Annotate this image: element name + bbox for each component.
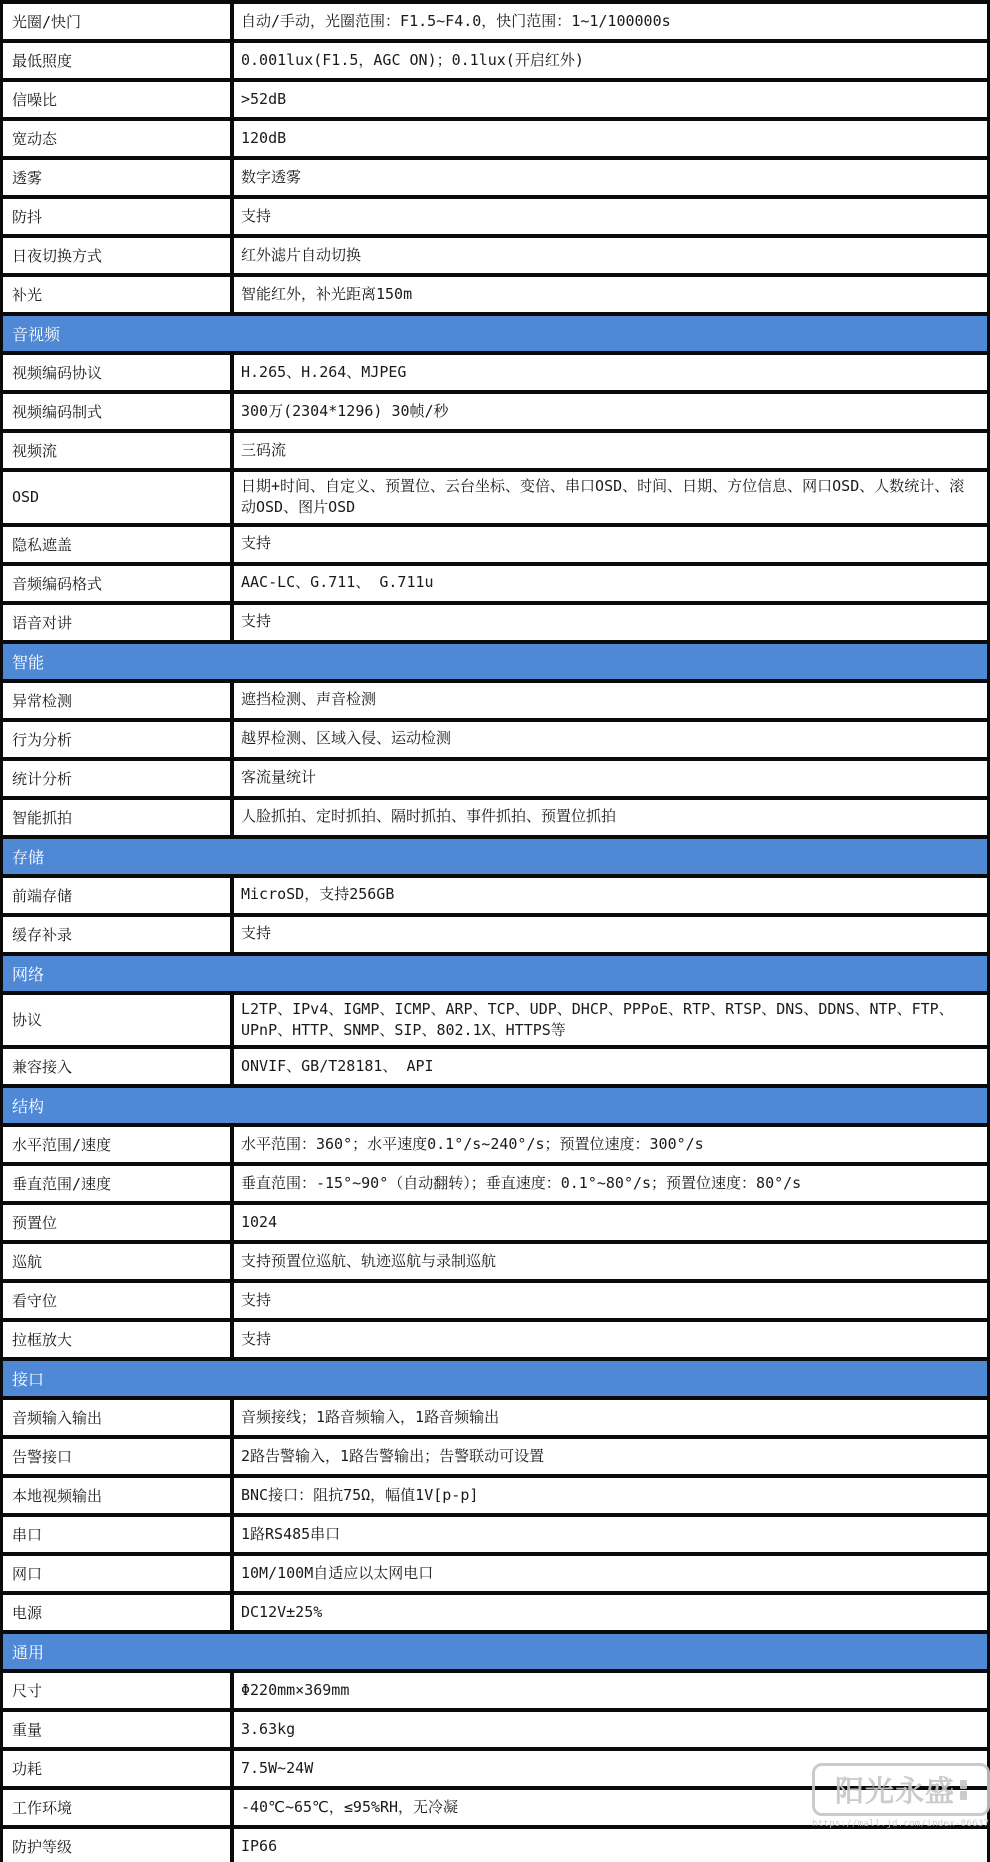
spec-value: 0.001lux(F1.5，AGC ON)；0.1lux(开启红外) — [234, 43, 987, 78]
spec-value: >52dB — [234, 82, 987, 117]
section-header-row: 结构 — [3, 1084, 987, 1123]
spec-row: 网口10M/100M自适应以太网电口 — [3, 1552, 987, 1591]
spec-label: 音频输入输出 — [3, 1400, 234, 1435]
spec-label: 行为分析 — [3, 722, 234, 757]
spec-value: 越界检测、区域入侵、运动检测 — [234, 722, 987, 757]
spec-row: 行为分析越界检测、区域入侵、运动检测 — [3, 718, 987, 757]
spec-value: AAC-LC、G.711、 G.711u — [234, 566, 987, 601]
spec-label: 网口 — [3, 1556, 234, 1591]
spec-value: 120dB — [234, 121, 987, 156]
spec-row: 协议L2TP、IPv4、IGMP、ICMP、ARP、TCP、UDP、DHCP、P… — [3, 991, 987, 1046]
spec-row: 本地视频输出BNC接口：阻抗75Ω，幅值1V[p-p] — [3, 1474, 987, 1513]
spec-row: 统计分析客流量统计 — [3, 757, 987, 796]
section-title: 智能 — [12, 650, 44, 673]
spec-value: 1024 — [234, 1205, 987, 1240]
section-header-row: 接口 — [3, 1357, 987, 1396]
spec-label: 语音对讲 — [3, 605, 234, 640]
spec-row: 尺寸Φ220mm×369mm — [3, 1669, 987, 1708]
section-title: 网络 — [12, 962, 44, 985]
spec-value: Φ220mm×369mm — [234, 1673, 987, 1708]
spec-row: 防护等级IP66 — [3, 1825, 987, 1862]
spec-row: 预置位1024 — [3, 1201, 987, 1240]
spec-row: OSD日期+时间、自定义、预置位、云台坐标、变倍、串口OSD、时间、日期、方位信… — [3, 468, 987, 523]
spec-value: BNC接口：阻抗75Ω，幅值1V[p-p] — [234, 1478, 987, 1513]
spec-value: 红外滤片自动切换 — [234, 238, 987, 273]
spec-label: 信噪比 — [3, 82, 234, 117]
spec-row: 视频编码协议H.265、H.264、MJPEG — [3, 351, 987, 390]
spec-row: 异常检测遮挡检测、声音检测 — [3, 679, 987, 718]
watermark-stamp: 阳光永盛 https://mall.jd.com/index-866373.ht… — [812, 1763, 990, 1829]
spec-value: 支持 — [234, 1283, 987, 1318]
spec-label: 尺寸 — [3, 1673, 234, 1708]
spec-value: 日期+时间、自定义、预置位、云台坐标、变倍、串口OSD、时间、日期、方位信息、网… — [234, 472, 987, 523]
spec-row: 视频流三码流 — [3, 429, 987, 468]
spec-label: 防抖 — [3, 199, 234, 234]
spec-label: 视频编码制式 — [3, 394, 234, 429]
spec-value: 10M/100M自适应以太网电口 — [234, 1556, 987, 1591]
spec-value: 垂直范围：-15°~90°（自动翻转）；垂直速度：0.1°~80°/s；预置位速… — [234, 1166, 987, 1201]
spec-label: 重量 — [3, 1712, 234, 1747]
spec-value: IP66 — [234, 1829, 987, 1862]
spec-value: 自动/手动，光圈范围：F1.5~F4.0，快门范围：1~1/100000s — [234, 4, 987, 39]
section-title: 结构 — [12, 1094, 44, 1117]
spec-row: 视频编码制式300万(2304*1296) 30帧/秒 — [3, 390, 987, 429]
spec-label: 功耗 — [3, 1751, 234, 1786]
spec-value: 支持 — [234, 605, 987, 640]
watermark-box: 阳光永盛 — [812, 1763, 990, 1816]
spec-label: 工作环境 — [3, 1790, 234, 1825]
spec-label: 防护等级 — [3, 1829, 234, 1862]
spec-row: 告警接口2路告警输入，1路告警输出；告警联动可设置 — [3, 1435, 987, 1474]
spec-row: 补光智能红外，补光距离150m — [3, 273, 987, 312]
section-title: 通用 — [12, 1640, 44, 1663]
spec-label: 协议 — [3, 995, 234, 1046]
spec-label: 补光 — [3, 277, 234, 312]
watermark-seal-mark — [960, 1780, 967, 1800]
spec-value: 水平范围：360°；水平速度0.1°/s~240°/s；预置位速度：300°/s — [234, 1127, 987, 1162]
spec-row: 防抖支持 — [3, 195, 987, 234]
spec-label: 透雾 — [3, 160, 234, 195]
spec-value: 3.63kg — [234, 1712, 987, 1747]
spec-row: 拉框放大支持 — [3, 1318, 987, 1357]
section-header-row: 通用 — [3, 1630, 987, 1669]
spec-value: 1路RS485串口 — [234, 1517, 987, 1552]
spec-label: 本地视频输出 — [3, 1478, 234, 1513]
section-title: 音视频 — [12, 322, 60, 345]
spec-value: 支持 — [234, 917, 987, 952]
spec-row: 垂直范围/速度垂直范围：-15°~90°（自动翻转）；垂直速度：0.1°~80°… — [3, 1162, 987, 1201]
spec-value: DC12V±25% — [234, 1595, 987, 1630]
spec-value: L2TP、IPv4、IGMP、ICMP、ARP、TCP、UDP、DHCP、PPP… — [234, 995, 987, 1046]
spec-row: 巡航支持预置位巡航、轨迹巡航与录制巡航 — [3, 1240, 987, 1279]
spec-row: 光圈/快门自动/手动，光圈范围：F1.5~F4.0，快门范围：1~1/10000… — [3, 0, 987, 39]
spec-value: 支持预置位巡航、轨迹巡航与录制巡航 — [234, 1244, 987, 1279]
spec-label: 看守位 — [3, 1283, 234, 1318]
spec-value: 智能红外，补光距离150m — [234, 277, 987, 312]
spec-value: MicroSD，支持256GB — [234, 878, 987, 913]
spec-label: 预置位 — [3, 1205, 234, 1240]
spec-row: 信噪比>52dB — [3, 78, 987, 117]
spec-label: OSD — [3, 472, 234, 523]
spec-label: 前端存储 — [3, 878, 234, 913]
spec-label: 光圈/快门 — [3, 4, 234, 39]
spec-value: 数字透雾 — [234, 160, 987, 195]
spec-label: 智能抓拍 — [3, 800, 234, 835]
spec-label: 统计分析 — [3, 761, 234, 796]
spec-label: 兼容接入 — [3, 1049, 234, 1084]
spec-row: 缓存补录支持 — [3, 913, 987, 952]
spec-row: 最低照度0.001lux(F1.5，AGC ON)；0.1lux(开启红外) — [3, 39, 987, 78]
spec-label: 音频编码格式 — [3, 566, 234, 601]
spec-value: 支持 — [234, 199, 987, 234]
spec-row: 水平范围/速度水平范围：360°；水平速度0.1°/s~240°/s；预置位速度… — [3, 1123, 987, 1162]
spec-value: 客流量统计 — [234, 761, 987, 796]
spec-label: 隐私遮盖 — [3, 527, 234, 562]
spec-row: 宽动态120dB — [3, 117, 987, 156]
section-title: 存储 — [12, 845, 44, 868]
spec-row: 串口1路RS485串口 — [3, 1513, 987, 1552]
spec-label: 宽动态 — [3, 121, 234, 156]
spec-row: 隐私遮盖支持 — [3, 523, 987, 562]
spec-label: 日夜切换方式 — [3, 238, 234, 273]
section-header-row: 音视频 — [3, 312, 987, 351]
spec-label: 异常检测 — [3, 683, 234, 718]
spec-label: 告警接口 — [3, 1439, 234, 1474]
spec-label: 巡航 — [3, 1244, 234, 1279]
spec-label: 视频编码协议 — [3, 355, 234, 390]
spec-value: 支持 — [234, 1322, 987, 1357]
spec-row: 日夜切换方式红外滤片自动切换 — [3, 234, 987, 273]
spec-value: 2路告警输入，1路告警输出；告警联动可设置 — [234, 1439, 987, 1474]
spec-label: 电源 — [3, 1595, 234, 1630]
spec-row: 重量3.63kg — [3, 1708, 987, 1747]
section-header-row: 智能 — [3, 640, 987, 679]
section-title: 接口 — [12, 1367, 44, 1390]
spec-row: 音频编码格式AAC-LC、G.711、 G.711u — [3, 562, 987, 601]
watermark-brand-text: 阳光永盛 — [835, 1769, 955, 1810]
spec-row: 音频输入输出音频接线；1路音频输入，1路音频输出 — [3, 1396, 987, 1435]
spec-label: 水平范围/速度 — [3, 1127, 234, 1162]
spec-label: 拉框放大 — [3, 1322, 234, 1357]
spec-value: 300万(2304*1296) 30帧/秒 — [234, 394, 987, 429]
spec-row: 透雾数字透雾 — [3, 156, 987, 195]
spec-label: 最低照度 — [3, 43, 234, 78]
spec-value: 人脸抓拍、定时抓拍、隔时抓拍、事件抓拍、预置位抓拍 — [234, 800, 987, 835]
watermark-url-text: https://mall.jd.com/index-866373.html — [812, 1819, 990, 1829]
spec-row: 看守位支持 — [3, 1279, 987, 1318]
spec-value: 音频接线；1路音频输入，1路音频输出 — [234, 1400, 987, 1435]
spec-value: H.265、H.264、MJPEG — [234, 355, 987, 390]
spec-value: 遮挡检测、声音检测 — [234, 683, 987, 718]
spec-label: 垂直范围/速度 — [3, 1166, 234, 1201]
spec-row: 兼容接入ONVIF、GB/T28181、 API — [3, 1045, 987, 1084]
spec-label: 串口 — [3, 1517, 234, 1552]
spec-label: 缓存补录 — [3, 917, 234, 952]
spec-row: 电源DC12V±25% — [3, 1591, 987, 1630]
spec-row: 前端存储MicroSD，支持256GB — [3, 874, 987, 913]
spec-label: 视频流 — [3, 433, 234, 468]
spec-value: 三码流 — [234, 433, 987, 468]
spec-value: 支持 — [234, 527, 987, 562]
section-header-row: 存储 — [3, 835, 987, 874]
spec-row: 语音对讲支持 — [3, 601, 987, 640]
spec-table: 光圈/快门自动/手动，光圈范围：F1.5~F4.0，快门范围：1~1/10000… — [0, 0, 990, 1862]
spec-row: 智能抓拍人脸抓拍、定时抓拍、隔时抓拍、事件抓拍、预置位抓拍 — [3, 796, 987, 835]
spec-value: ONVIF、GB/T28181、 API — [234, 1049, 987, 1084]
section-header-row: 网络 — [3, 952, 987, 991]
